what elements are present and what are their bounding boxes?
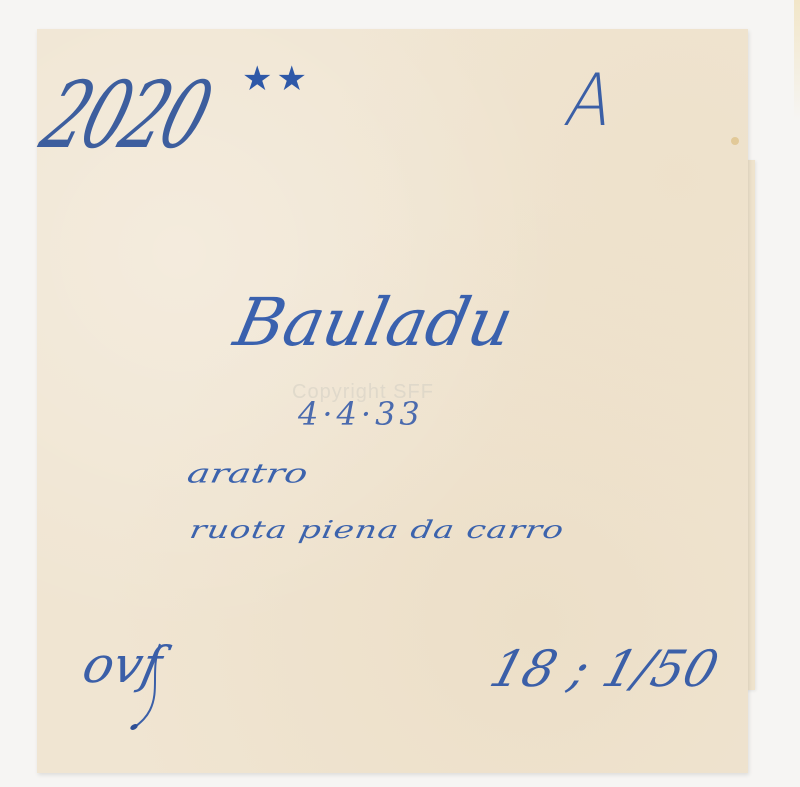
paper-stain (731, 137, 739, 145)
scale-ratio: 18 ; 1/50 (485, 644, 724, 694)
star-rating-icon: ★★ (242, 62, 311, 96)
catalog-number: 2020 (32, 70, 219, 162)
subject-text: aratro (185, 460, 309, 487)
location-name: Bauladu (229, 290, 519, 356)
adjacent-card-edge (794, 0, 800, 120)
signature-flourish-icon (120, 640, 180, 732)
record-date: 4·4·33 (298, 398, 424, 430)
description-text: ruota piena da carro (188, 518, 567, 542)
